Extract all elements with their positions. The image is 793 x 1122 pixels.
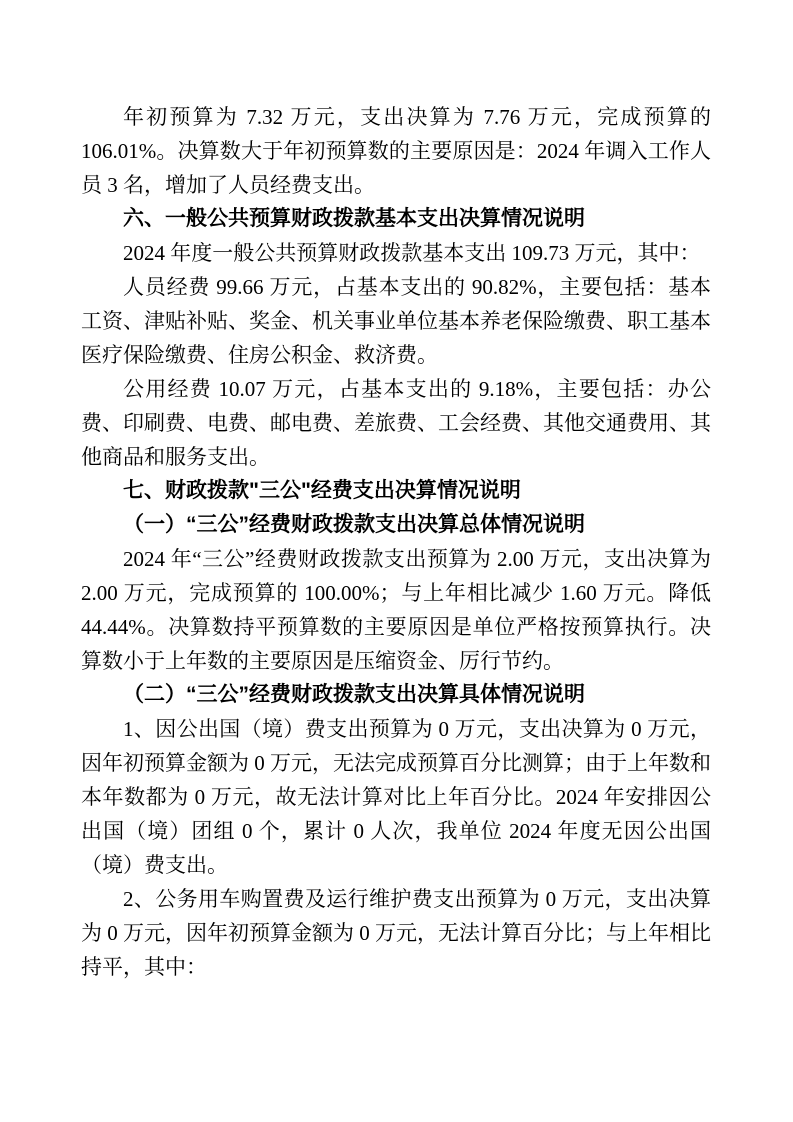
- document-page: 年初预算为 7.32 万元，支出决算为 7.76 万元，完成预算的 106.01…: [0, 0, 793, 1122]
- heading-section-seven-three-public-funds: 七、财政拨款"三公"经费支出决算情况说明: [81, 474, 711, 508]
- paragraph-item1-overseas-travel: 1、因公出国（境）费支出预算为 0 万元，支出决算为 0 万元，因年初预算金额为…: [81, 712, 711, 882]
- paragraph-public-funds: 公用经费 10.07 万元，占基本支出的 9.18%，主要包括：办公费、印刷费、…: [81, 372, 711, 474]
- paragraph-item2-official-vehicles: 2、公务用车购置费及运行维护费支出预算为 0 万元，支出决算为 0 万元，因年初…: [81, 882, 711, 984]
- paragraph-basic-expenditure-total: 2024 年度一般公共预算财政拨款基本支出 109.73 万元，其中：: [81, 236, 711, 270]
- paragraph-budget-completion: 年初预算为 7.32 万元，支出决算为 7.76 万元，完成预算的 106.01…: [81, 100, 711, 202]
- heading-subsection-two-details: （二）“三公”经费财政拨款支出决算具体情况说明: [81, 678, 711, 712]
- paragraph-personnel-funds: 人员经费 99.66 万元，占基本支出的 90.82%，主要包括：基本工资、津贴…: [81, 270, 711, 372]
- paragraph-three-public-overall: 2024 年“三公”经费财政拨款支出预算为 2.00 万元，支出决算为 2.00…: [81, 542, 711, 678]
- heading-section-six-basic-expenditure: 六、一般公共预算财政拨款基本支出决算情况说明: [81, 202, 711, 236]
- heading-subsection-one-overall: （一）“三公”经费财政拨款支出决算总体情况说明: [81, 508, 711, 542]
